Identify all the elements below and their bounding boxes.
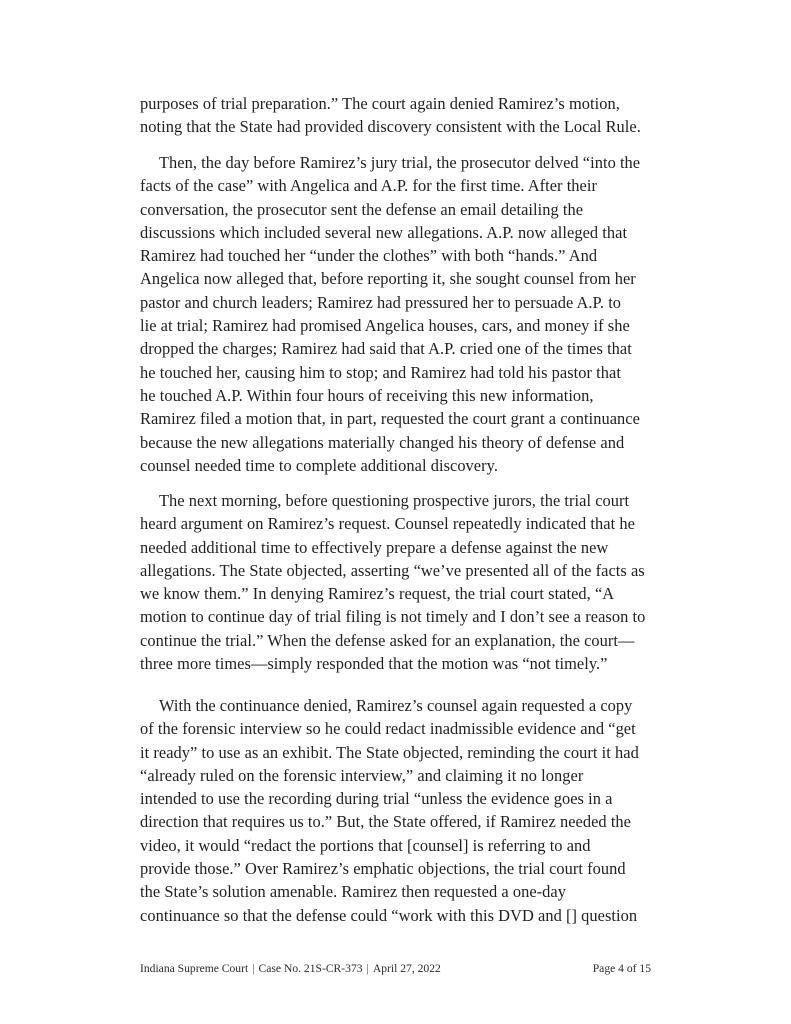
footer-court: Indiana Supreme Court [140,962,248,975]
text-line: “already ruled on the forensic interview… [140,764,670,787]
text-line: Then, the day before Ramirez’s jury tria… [140,151,670,174]
document-page: purposes of trial preparation.” The cour… [0,0,791,1024]
text-line: facts of the case” with Angelica and A.P… [140,174,670,197]
text-line: video, it would “redact the portions tha… [140,834,670,857]
text-line: provide those.” Over Ramirez’s emphatic … [140,857,670,880]
text-line: noting that the State had provided disco… [140,115,670,138]
text-line: allegations. The State objected, asserti… [140,559,670,582]
footer-separator: | [363,962,373,975]
page-number: Page 4 of 15 [593,962,651,975]
text-line: it ready” to use as an exhibit. The Stat… [140,741,670,764]
text-line: motion to continue day of trial filing i… [140,605,670,628]
paragraph-2: Then, the day before Ramirez’s jury tria… [140,151,670,477]
text-line: Ramirez filed a motion that, in part, re… [140,407,670,430]
text-line: Ramirez had touched her “under the cloth… [140,244,670,267]
text-line: purposes of trial preparation.” The cour… [140,92,670,115]
text-line: heard argument on Ramirez’s request. Cou… [140,512,670,535]
text-line: we know them.” In denying Ramirez’s requ… [140,582,670,605]
footer-separator: | [248,962,258,975]
text-line: dropped the charges; Ramirez had said th… [140,337,670,360]
text-line: discussions which included several new a… [140,221,670,244]
text-line: conversation, the prosecutor sent the de… [140,198,670,221]
text-line: continuance so that the defense could “w… [140,904,670,927]
text-line: With the continuance denied, Ramirez’s c… [140,694,670,717]
text-line: Angelica now alleged that, before report… [140,267,670,290]
text-line: The next morning, before questioning pro… [140,489,670,512]
text-line: lie at trial; Ramirez had promised Angel… [140,314,670,337]
text-line: three more times—simply responded that t… [140,652,670,675]
page-footer: Indiana Supreme Court|Case No. 21S-CR-37… [140,962,651,978]
footer-case-number: Case No. 21S-CR-373 [259,962,363,975]
text-line: pastor and church leaders; Ramirez had p… [140,291,670,314]
text-line: continue the trial.” When the defense as… [140,629,670,652]
text-line: because the new allegations materially c… [140,431,670,454]
text-line: he touched her, causing him to stop; and… [140,361,670,384]
text-line: he touched A.P. Within four hours of rec… [140,384,670,407]
text-line: of the forensic interview so he could re… [140,717,670,740]
text-line: the State’s solution amenable. Ramirez t… [140,880,670,903]
paragraph-4: With the continuance denied, Ramirez’s c… [140,694,670,927]
text-line: intended to use the recording during tri… [140,787,670,810]
text-line: direction that requires us to.” But, the… [140,810,670,833]
text-line: needed additional time to effectively pr… [140,536,670,559]
footer-citation: Indiana Supreme Court|Case No. 21S-CR-37… [140,962,441,975]
paragraph-1: purposes of trial preparation.” The cour… [140,92,670,139]
footer-date: April 27, 2022 [373,962,441,975]
text-line: counsel needed time to complete addition… [140,454,670,477]
paragraph-3: The next morning, before questioning pro… [140,489,670,675]
